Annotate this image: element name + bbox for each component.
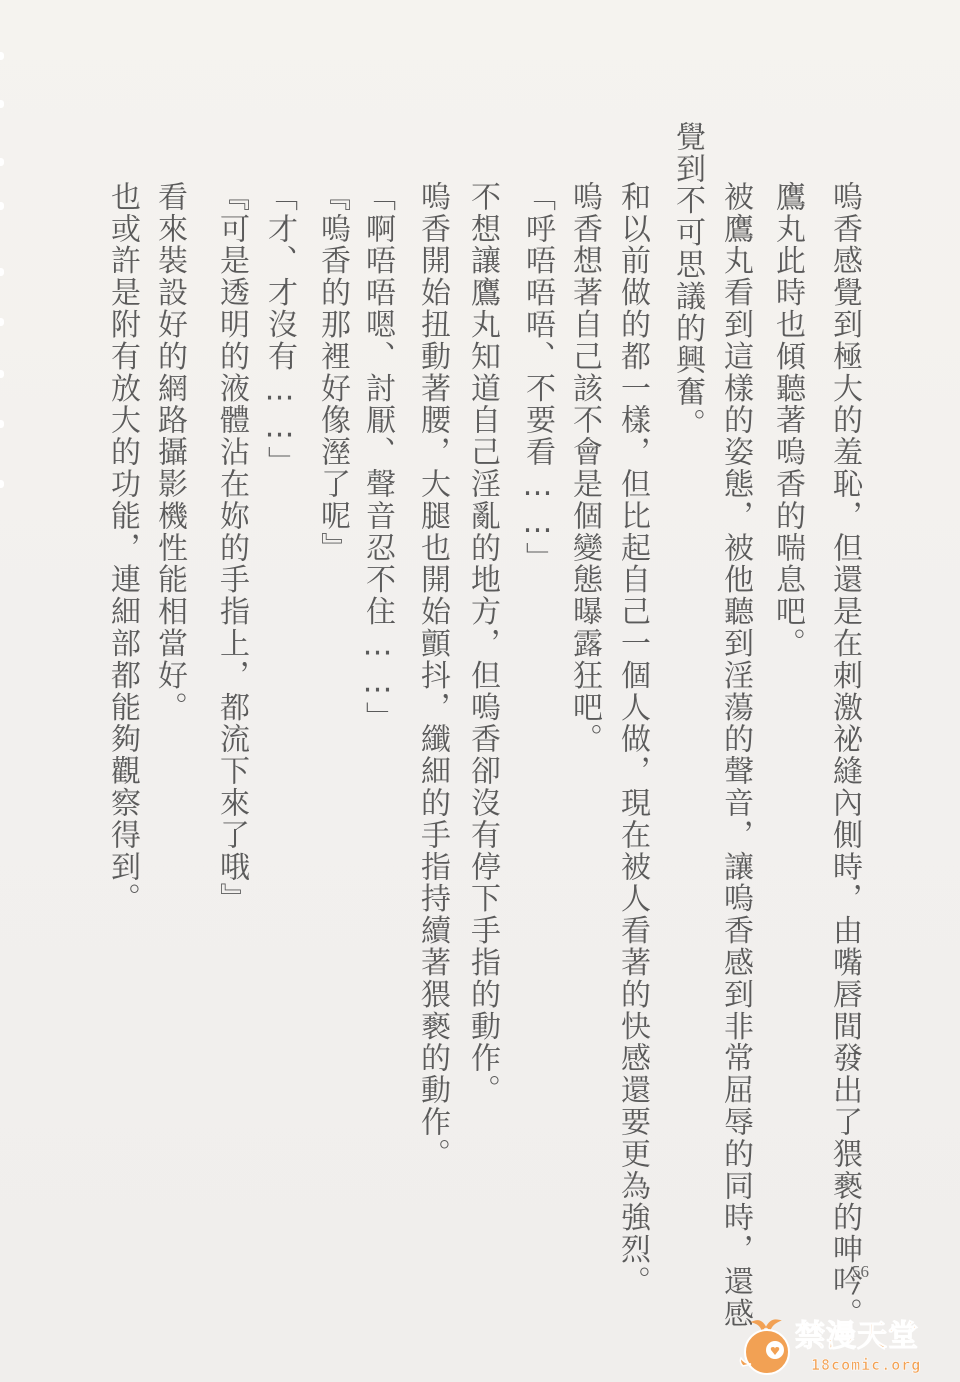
- text-column: 鷹丸此時也傾聽著嗚香的喘息吧。: [768, 181, 802, 660]
- text-column: 嗚香想著自己該不會是個變態曝露狂吧。: [565, 181, 599, 755]
- dialogue-column: 『可是透明的液體沾在妳的手指上，都流下來了哦』: [212, 181, 246, 915]
- orange-whale-mascot-icon: [735, 1318, 799, 1378]
- binding-hole: [0, 268, 4, 276]
- binding-holes: [0, 0, 6, 1382]
- text-column: 和以前做的都一樣，但比起自己一個人做，現在被人看著的快感還要更為強烈。: [613, 181, 647, 1298]
- text-column: 嗚香開始扭動著腰，大腿也開始顫抖，纖細的手指持續著猥褻的動作。: [413, 181, 447, 1170]
- binding-hole: [0, 100, 4, 108]
- binding-hole: [0, 318, 4, 326]
- watermark-url: 18comic.org: [811, 1356, 921, 1374]
- text-column: 不想讓鷹丸知道自己淫亂的地方，但嗚香卻沒有停下手指的動作。: [463, 181, 497, 1106]
- dialogue-column: 「呼唔唔唔、不要看……」: [518, 181, 552, 574]
- text-column: 看來裝設好的網路攝影機性能相當好。: [150, 181, 184, 723]
- text-column: 嗚香感覺到極大的羞恥，但還是在刺激祕縫內側時，由嘴唇間發出了猥褻的呻吟。: [825, 181, 859, 1329]
- dialogue-column: 「啊唔唔嗯、討厭、聲音忍不住……」: [358, 181, 392, 733]
- binding-hole: [0, 202, 4, 210]
- binding-hole: [0, 370, 4, 378]
- text-column: 覺到不可思議的興奮。: [668, 121, 702, 440]
- binding-hole: [0, 52, 4, 60]
- watermark-title: 禁漫天堂: [795, 1320, 919, 1354]
- binding-hole: [0, 420, 4, 428]
- site-watermark: 禁漫天堂 18comic.org: [735, 1318, 955, 1378]
- page-number: 56: [852, 1262, 869, 1282]
- book-page: 嗚香感覺到極大的羞恥，但還是在刺激祕縫內側時，由嘴唇間發出了猥褻的呻吟。 鷹丸此…: [0, 0, 960, 1382]
- binding-hole: [0, 480, 4, 488]
- dialogue-column: 「才、才沒有……」: [260, 181, 294, 478]
- dialogue-column: 『嗚香的那裡好像溼了呢』: [313, 181, 347, 564]
- binding-hole: [0, 158, 4, 166]
- text-column: 被鷹丸看到這樣的姿態，被他聽到淫蕩的聲音，讓嗚香感到非常屈辱的同時，還感: [716, 181, 750, 1329]
- text-column: 也或許是附有放大的功能，連細部都能夠觀察得到。: [103, 181, 137, 915]
